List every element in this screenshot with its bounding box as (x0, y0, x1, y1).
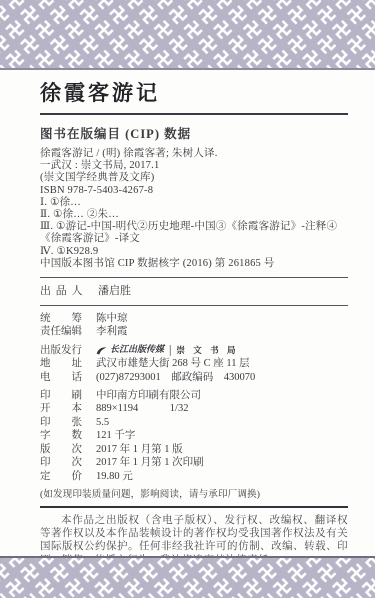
cip-heading: 图书在版编目 (CIP) 数据 (40, 124, 348, 142)
cip-line: 一武汉 : 崇文书局, 2017.1 (40, 160, 348, 172)
quality-note: (如发现印装质量问题，影响阅读，请与承印厂调换) (40, 486, 348, 500)
producer-value: 潘启胜 (98, 284, 131, 298)
cip-line: ISBN 978-7-5403-4267-8 (40, 185, 348, 197)
info-value: 5.5 (96, 416, 348, 429)
info-row: 统 筹 陈中琼 (40, 312, 348, 325)
divider (40, 277, 348, 278)
info-label: 版 次 (40, 443, 96, 456)
imprint-info: 统 筹 陈中琼 责任编辑 李利霞 出版发行 长江出版传媒 │ 崇 文 书 局 地… (40, 312, 348, 483)
info-value: 19.80 元 (96, 470, 348, 483)
info-value: 李利霞 (96, 325, 348, 338)
legal-divider (40, 506, 348, 508)
info-label: 开 本 (40, 402, 96, 415)
info-label: 出版发行 (40, 344, 96, 357)
info-row: 印 刷 中印南方印刷有限公司 (40, 389, 348, 402)
info-row: 电 话 (027)87293001 邮政编码 430070 (40, 371, 348, 384)
info-label: 统 筹 (40, 312, 96, 325)
info-label: 字 数 (40, 429, 96, 442)
info-row: 印 次 2017 年 1 月第 1 次印刷 (40, 456, 348, 469)
cip-data-block: 徐霞客游记 / (明) 徐霞客著; 朱树人译. 一武汉 : 崇文书局, 2017… (40, 148, 348, 270)
cip-line: Ⅲ. ①游记-中国-明代②历史地理-中国③《徐霞客游记》-注释④《徐霞客游记》-… (40, 221, 348, 245)
info-value: 2017 年 1 月第 1 次印刷 (96, 456, 348, 469)
info-label: 地 址 (40, 357, 96, 370)
info-label: 责任编辑 (40, 325, 96, 338)
publisher-logo: 长江出版传媒 │ 崇 文 书 局 (96, 344, 348, 357)
divider (40, 305, 348, 306)
info-row: 责任编辑 李利霞 (40, 325, 348, 338)
info-label: 电 话 (40, 371, 96, 384)
info-row: 定 价 19.80 元 (40, 470, 348, 483)
info-row: 印 张 5.5 (40, 416, 348, 429)
producer-label: 出 品 人 (40, 284, 98, 298)
cip-line: Ⅱ. ①徐… ②朱… (40, 209, 348, 221)
info-value: 2017 年 1 月第 1 版 (96, 443, 348, 456)
info-value: 陈中琼 (96, 312, 348, 325)
cip-line: Ⅳ. ①K928.9 (40, 246, 348, 258)
producer-row: 出 品 人 潘启胜 (40, 284, 348, 298)
info-value: 中印南方印刷有限公司 (96, 389, 348, 402)
info-row: 地 址 武汉市雄楚大街 268 号 C 座 11 层 (40, 357, 348, 370)
decorative-fret-band-top (0, 0, 375, 70)
publisher-swoosh-icon (96, 346, 107, 356)
cip-line: (崇文国学经典普及文库) (40, 172, 348, 184)
info-value: 武汉市雄楚大街 268 号 C 座 11 层 (96, 357, 348, 370)
info-row: 版 次 2017 年 1 月第 1 版 (40, 443, 348, 456)
info-value: 889×1194 1/32 (96, 402, 348, 415)
publisher-imprint-text: 崇 文 书 局 (176, 344, 238, 357)
info-label: 定 价 (40, 470, 96, 483)
info-row-publisher: 出版发行 长江出版传媒 │ 崇 文 书 局 (40, 344, 348, 357)
fret-pattern-bottom-svg (0, 558, 375, 598)
info-value: 121 千字 (96, 429, 348, 442)
fret-pattern-top-svg (0, 0, 375, 68)
info-row: 开 本 889×1194 1/32 (40, 402, 348, 415)
page-title: 徐霞客游记 (40, 81, 348, 106)
cip-line: Ⅰ. ①徐… (40, 197, 348, 209)
info-label: 印 刷 (40, 389, 96, 402)
title-divider (40, 113, 348, 115)
info-value: (027)87293001 邮政编码 430070 (96, 371, 348, 384)
copyright-page: 徐霞客游记 图书在版编目 (CIP) 数据 徐霞客游记 / (明) 徐霞客著; … (0, 70, 375, 556)
info-row: 字 数 121 千字 (40, 429, 348, 442)
publisher-brand-text: 长江出版传媒 (110, 344, 164, 357)
publisher-logo-divider: │ (167, 344, 173, 357)
info-label: 印 次 (40, 456, 96, 469)
decorative-fret-band-bottom (0, 556, 375, 598)
info-label: 印 张 (40, 416, 96, 429)
cip-line: 中国版本图书馆 CIP 数据核字 (2016) 第 261865 号 (40, 258, 348, 270)
cip-line: 徐霞客游记 / (明) 徐霞客著; 朱树人译. (40, 148, 348, 160)
